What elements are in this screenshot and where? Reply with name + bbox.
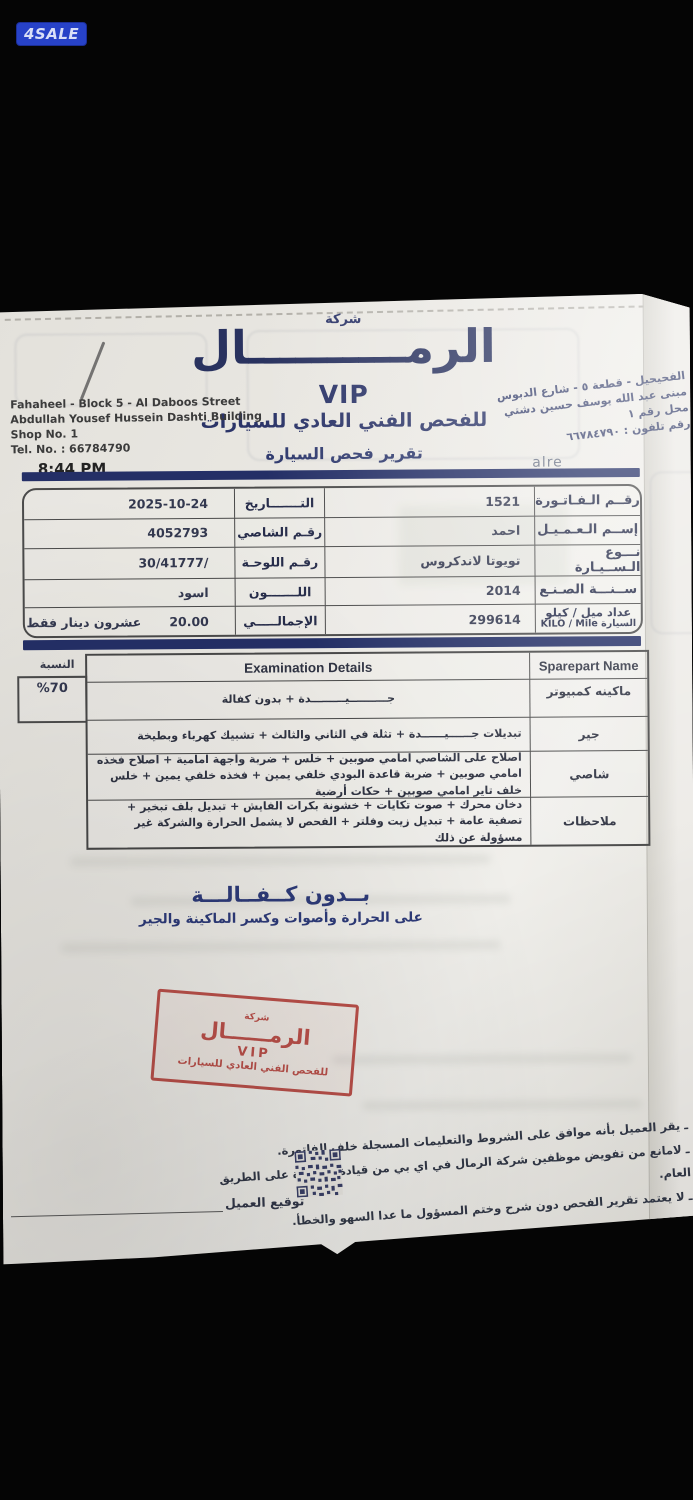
invoice-label: رقـم اللوحـة <box>234 546 324 578</box>
sparepart-name: ماكينه كمبيوتر <box>529 678 647 717</box>
bleed-artifact <box>362 1100 642 1110</box>
invoice-date: 2025-10-24 <box>24 489 234 519</box>
column-header-sparepart: Sparepart Name <box>529 652 647 679</box>
terms-and-conditions: ـ يقر العميل بأنه موافق على الشروط والتع… <box>200 1114 693 1239</box>
divider-rule <box>23 636 641 650</box>
examination-details: اصلاح على الشاصي امامي صوبين + خلس + ضرب… <box>88 751 530 800</box>
invoice-label: عداد ميل / كيلو السيارة KILO / Mile <box>535 603 641 632</box>
qr-code <box>294 1149 343 1198</box>
invoice-label: اللـــــــون <box>235 577 325 606</box>
signature-label: توقيع العميل <box>225 1193 305 1211</box>
odometer-value: 299614 <box>325 604 535 634</box>
chassis-number: 4052793 <box>24 518 234 548</box>
sparepart-name: جير <box>530 716 648 751</box>
warranty-title: بــدون كــفــالـــة <box>41 881 521 908</box>
invoice-label: الإجمالـــــي <box>235 605 325 634</box>
signature-line <box>11 1211 223 1217</box>
invoice-label: ســنـــة الصـنـع <box>535 574 641 603</box>
examination-details: جــــــــــيـــــــــدة + بدون كفالة <box>87 679 529 720</box>
company-stamp: شركة الرمــــــال VIP للفحص الفني العادي… <box>150 989 359 1097</box>
bleed-artifact <box>70 855 490 866</box>
customer-name: احمد <box>324 515 534 545</box>
column-header-details: Examination Details <box>87 653 529 682</box>
examination-details: دخان محرك + صوت تكايات + خشونة بكرات الف… <box>88 797 530 848</box>
sparepart-name: ملاحظات <box>530 796 648 845</box>
warranty-subtitle: على الحرارة وأصوات وكسر الماكينة والجير <box>41 909 521 928</box>
percentage-value: %70 <box>17 676 87 723</box>
sparepart-name: شاصي <box>530 750 648 797</box>
invoice-label: رقــم الـفـاتـورة <box>534 486 640 515</box>
address-english: Fahaheel - Block 5 - Al Daboos Street Ab… <box>10 393 263 457</box>
bleed-artifact <box>61 941 501 952</box>
photo-canvas: 4SALE شركة الرمــــــــــال VIP للفحص ال… <box>0 0 693 1500</box>
company-name: الرمــــــــــال <box>0 318 690 377</box>
divider-rule <box>22 468 640 481</box>
warranty-note: بــدون كــفــالـــة على الحرارة وأصوات و… <box>41 881 521 928</box>
bleed-artifact <box>650 471 693 633</box>
invoice-label: التـــــــاريخ <box>234 488 324 517</box>
odometer-label-line2: السيارة KILO / Mile <box>541 619 637 631</box>
car-type: تويوتا لاندكروس <box>324 544 534 576</box>
total-amount-number: 20.00 <box>169 614 209 629</box>
plate-number: /30/41777 <box>24 546 234 578</box>
invoice-label: إســم الـعـمـيـل <box>534 515 640 544</box>
bleed-artifact <box>332 1054 632 1064</box>
examination-table: Sparepart Name Examination Details ماكين… <box>85 650 650 850</box>
invoice-label: رقـم الشاصي <box>234 517 324 546</box>
car-color: اسود <box>25 577 235 607</box>
invoice-label: نـــوع الـســيـارة <box>534 543 640 575</box>
total-amount-words: عشرون دينار فقط <box>26 614 141 630</box>
percentage-label: النسبة <box>29 658 85 671</box>
model-year: 2014 <box>325 575 535 605</box>
total-amount: 20.00 عشرون دينار فقط <box>25 606 235 636</box>
invoice-number: 1521 <box>324 487 534 517</box>
examination-details: تبديلات جــــــيــــــدة + تثلة في الثان… <box>88 717 530 754</box>
inspection-report-sheet: شركة الرمــــــــــال VIP للفحص الفني ال… <box>0 294 693 1279</box>
company-header: شركة الرمــــــــــال VIP للفحص الفني ال… <box>0 294 690 299</box>
4sale-logo: 4SALE <box>16 22 87 46</box>
invoice-info-table: رقــم الـفـاتـورة 1521 التـــــــاريخ 20… <box>22 484 643 638</box>
